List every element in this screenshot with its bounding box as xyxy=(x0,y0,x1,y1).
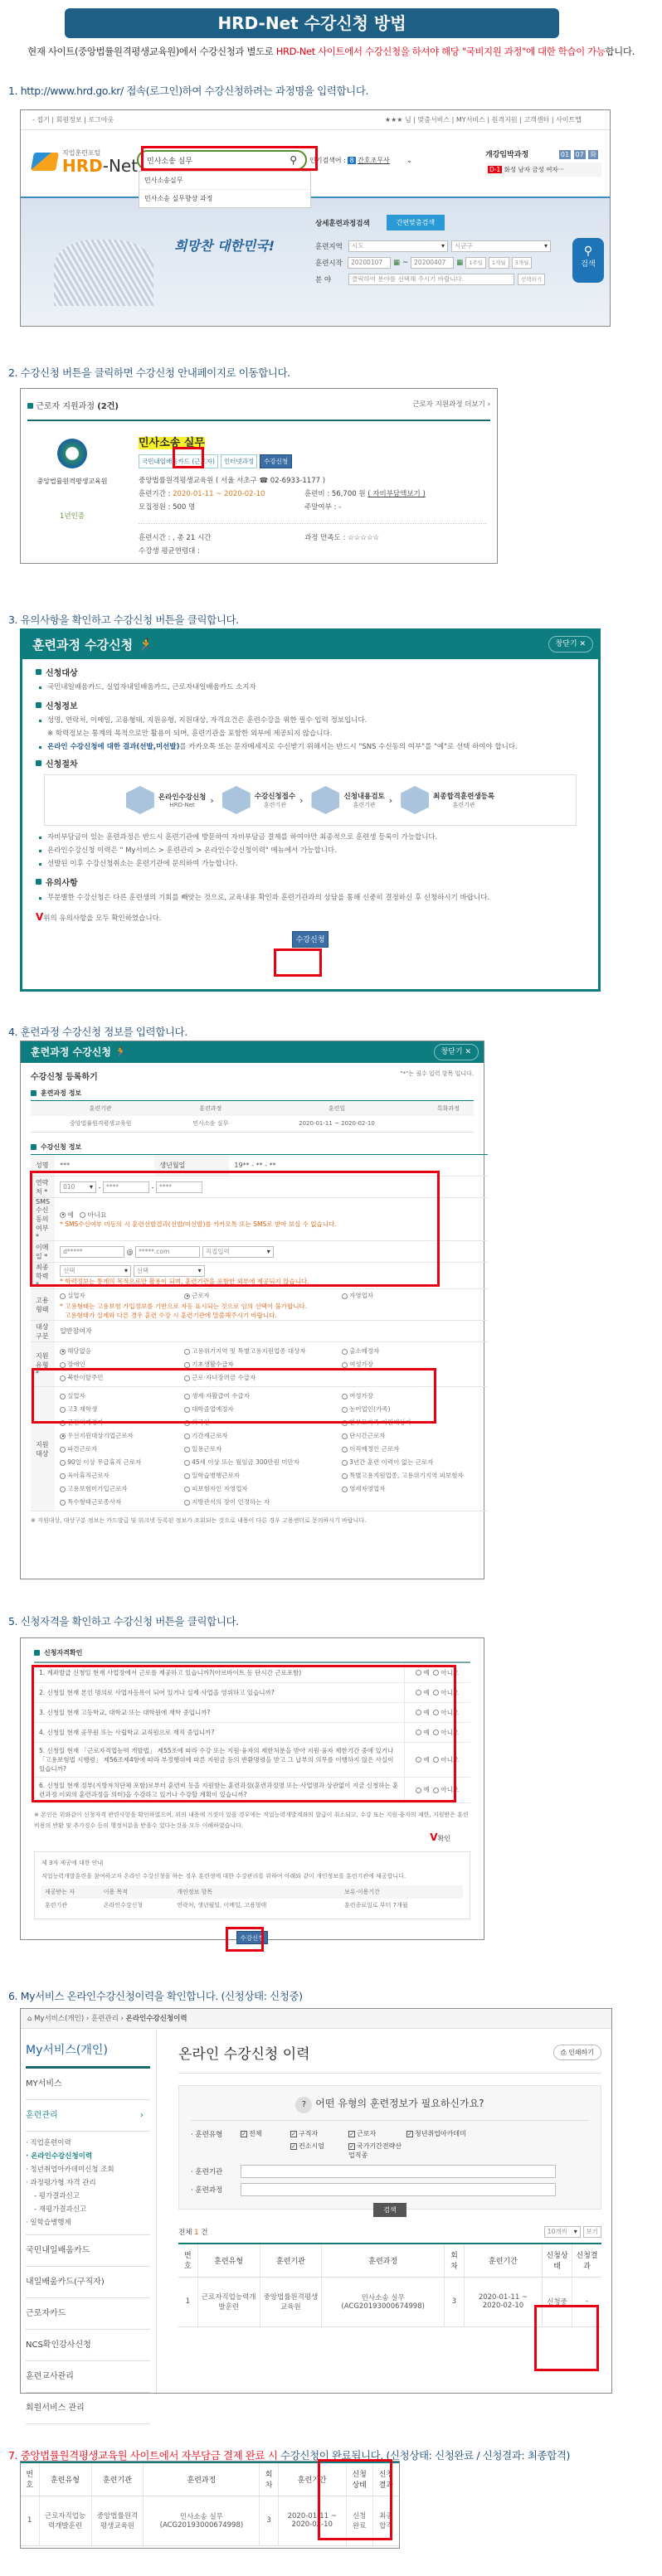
step-3-heading: 3. 유의사항을 확인하고 수강신청 버튼을 클릭합니다. xyxy=(8,612,239,627)
winter-banner: 희망찬 대한민국! 상세훈련과정검색 간편맞춤검색 훈련지역 시도 시군구 훈련… xyxy=(21,196,611,327)
no-radio[interactable]: 아니오 xyxy=(433,1729,459,1736)
support-target-radio[interactable]: 우선지원대상기업근로자 xyxy=(60,1431,184,1440)
remote-support-link[interactable]: 원격지원 xyxy=(492,116,518,124)
employment-radio[interactable]: 실업자 xyxy=(60,1291,184,1300)
top-right-links: ★★★ 님 | 맞춤서비스 | MY서비스 | 원격지원 | 고객센터 | 사이… xyxy=(385,115,582,124)
fold-link[interactable]: - 접기 xyxy=(32,116,50,124)
org-input[interactable] xyxy=(241,2165,556,2178)
support-target-radio[interactable]: 일학습병행근로자 xyxy=(184,1471,342,1480)
chevron-down-icon[interactable]: ⌄ xyxy=(406,157,412,164)
support-target-radio[interactable]: 고3 재학생 xyxy=(60,1404,184,1414)
support-type-radios: 해당없음고용위기지역 및 특별고용지원업종 대상자출소예정자장애인기초생활수급자… xyxy=(60,1342,483,1386)
field-select-button[interactable]: 선택하기 xyxy=(518,274,545,285)
employment-radios: 실업자근로자자영업자* 고용형태는 고용보험 가입정보를 기반으로 자동 표시되… xyxy=(55,1289,488,1321)
support-target-radio[interactable]: 특별고용지원업종, 고용위기지역 피보험자 xyxy=(342,1471,483,1480)
sms-yes-radio[interactable]: 예 xyxy=(60,1211,74,1219)
sidebar-subitem[interactable]: · 온라인수강신청이력 xyxy=(26,2150,150,2163)
support-type-radio[interactable]: 출소예정자 xyxy=(342,1346,483,1356)
support-type-radio[interactable]: 기초생활수급자 xyxy=(184,1360,342,1369)
no-radio[interactable]: 아니오 xyxy=(433,1786,459,1793)
member-info-link[interactable]: 회원정보 xyxy=(56,116,82,124)
support-target-radio[interactable]: 단시간근로자 xyxy=(342,1431,483,1440)
sidebar-subitem[interactable]: · 과정평가형 자격 관리 xyxy=(26,2176,150,2190)
type-checkbox[interactable]: ✓구직자 xyxy=(290,2129,348,2138)
sidebar-item-myservice[interactable]: MY서비스 xyxy=(26,2069,150,2100)
field-input[interactable]: 클릭하여 분야를 선택해 주시기 바랍니다. xyxy=(348,274,514,285)
qualification-table: 1. 계좌발급 신청일 현재 사업장에서 근로를 제공하고 있습니까?(아르바이… xyxy=(34,1662,470,1803)
support-target-radios: 실업자생계·자활급여 수급자여성가장고3 재학생대학졸업예정자농어업인(가족)군… xyxy=(60,1387,483,1511)
page-title: HRD-Net 수강신청 방법 xyxy=(65,8,559,38)
yes-radio[interactable]: 예 xyxy=(416,1669,429,1676)
sidebar-item[interactable]: 근로자카드 xyxy=(26,2298,150,2330)
sidebar: My서비스(개인) MY서비스 훈련관리› · 직업훈련이력· 온라인수강신청이… xyxy=(21,2030,157,2393)
custom-service-link[interactable]: 맞춤서비스 xyxy=(417,116,450,124)
yes-radio[interactable]: 예 xyxy=(416,1709,429,1716)
support-type-radio[interactable]: 근로·자녀장려금 수급자 xyxy=(184,1373,342,1382)
self-pay-link[interactable]: ( 자비부담액보기 ) xyxy=(368,490,426,498)
question-row: 2. 신청일 현재 본인 명의로 사업자등록이 되어 있거나 실제 사업을 영위… xyxy=(34,1682,470,1702)
sidebar-submenu: · 직업훈련이력· 온라인수강신청이력· 청년취업아카데미신청 조회· 과정평가… xyxy=(26,2132,150,2235)
more-courses-link[interactable]: 근로자 지원과정 더보기 › xyxy=(412,399,490,411)
support-target-radio[interactable]: 생계·자활급여 수급자 xyxy=(184,1391,342,1400)
my-service-screenshot: ⌂ My서비스(개인) › 훈련관리 › 온라인수강신청이력 My서비스(개인)… xyxy=(20,2008,612,2394)
upcoming-course-link[interactable]: 화성 남자 금성 여자··· xyxy=(504,166,564,173)
question-icon: ? xyxy=(295,2097,312,2113)
start-from-input[interactable]: 20200107 xyxy=(348,257,391,269)
section-title: 근로자 지원과정 (2건) xyxy=(27,399,119,411)
support-target-radio[interactable]: 45세 이상 또는 월임금 300만원 미만자 xyxy=(184,1458,342,1467)
logo-icon xyxy=(31,153,59,171)
hrd-logo[interactable]: 직업훈련포털 HRD-Net xyxy=(32,148,138,174)
online-apply-icon xyxy=(126,786,154,814)
search-suggestions: 민사소송실무 민사소송 실무향상 과정 xyxy=(139,171,311,208)
support-target-radio[interactable]: 90일 이상 무급휴직 근로자 xyxy=(60,1458,184,1467)
suggestion-item[interactable]: 민사소송 실무향상 과정 xyxy=(139,190,310,207)
search-button[interactable]: 검색 xyxy=(373,2203,406,2217)
email-domain-input[interactable]: *****.com xyxy=(135,1246,200,1258)
sidebar-item[interactable]: 훈련교사관리 xyxy=(26,2361,150,2393)
support-target-radio[interactable]: 기간제근로자 xyxy=(184,1431,342,1440)
final-history-table: 번호훈련유형훈련기관훈련과정회차훈련기간신청상태신청결과1근로자직업능력개발훈련… xyxy=(21,2462,399,2546)
email-domain-select[interactable]: 직접입력 xyxy=(202,1246,274,1258)
support-target-radio[interactable]: 이직예정인 근로자 xyxy=(342,1444,483,1453)
top-left-links: - 접기 | 회원정보 | 로그아웃 xyxy=(32,115,114,124)
yes-radio[interactable]: 예 xyxy=(416,1756,429,1763)
registration-icon xyxy=(401,786,429,814)
step-1-heading: 1. http://www.hrd.go.kr/ 접속(로그인)하여 수강신청하… xyxy=(8,83,368,98)
detail-search-panel: 상세훈련과정검색 간편맞춤검색 훈련지역 시도 시군구 훈련시작 2020010… xyxy=(315,215,581,285)
calendar-icon[interactable]: ▦ xyxy=(393,259,400,267)
customer-center-link[interactable]: 고객센터 xyxy=(523,116,549,124)
no-radio[interactable]: 아니오 xyxy=(433,1689,459,1696)
education-select[interactable]: 선택 xyxy=(60,1265,131,1277)
type-checkbox[interactable]: ✓청년취업아카데미 xyxy=(406,2129,489,2138)
region-sigungu-select[interactable]: 시군구 xyxy=(451,240,551,252)
course-link[interactable]: 민사소송 실무 (ACG20193000674998) xyxy=(144,2496,260,2545)
support-target-radio[interactable]: 3년간 훈련 이력이 없는 근로자 xyxy=(342,1458,483,1467)
banner-slogan: 희망찬 대한민국! xyxy=(174,235,275,255)
question-row: 1. 계좌발급 신청일 현재 사업장에서 근로를 제공하고 있습니까?(아르바이… xyxy=(34,1662,470,1682)
support-target-radio[interactable]: 대학졸업예정자 xyxy=(184,1404,342,1414)
apply-button[interactable]: 수강신청 xyxy=(292,931,329,948)
intro-text: 현재 사이트(중앙법률원격평생교육원)에서 수강신청과 별도로 HRD-Net … xyxy=(0,45,662,58)
support-target-radio[interactable]: 군전역예정자 xyxy=(60,1418,184,1427)
support-target-radio[interactable]: 지방관서의 장이 인정하는 자 xyxy=(184,1497,342,1506)
period-1month-button[interactable]: 1개월 xyxy=(489,257,509,269)
history-table: 번호훈련유형훈련기관훈련과정회차훈련기간신청상태신청결과1근로자직업능력개발훈련… xyxy=(178,2243,601,2327)
course-link[interactable]: 민사소송 실무 (ACG20193000674998) xyxy=(322,2277,445,2326)
sms-no-radio[interactable]: 아니요 xyxy=(80,1211,106,1219)
sitemap-link[interactable]: 사이트맵 xyxy=(556,116,582,124)
support-target-radio[interactable]: 파견근로자 xyxy=(60,1444,184,1453)
support-type-radio[interactable]: 여성가장 xyxy=(342,1360,483,1369)
breadcrumb: ⌂ My서비스(개인) › 훈련관리 › 온라인수강신청이력 xyxy=(21,2009,611,2029)
support-type-radio[interactable]: 장애인 xyxy=(60,1360,184,1369)
third-party-notice: 제 3자 제공에 대한 안내 직업능력개발훈련을 참여하고자 온라인 수강신청을… xyxy=(34,1851,470,1919)
step-6-heading: 6. My서비스 온라인수강신청이력을 확인합니다. (신청상태: 신청중) xyxy=(8,1988,303,2003)
type-checkbox[interactable]: ✓컨소시엄 xyxy=(290,2142,348,2160)
apply-form-screenshot: 훈련과정 수강신청 🏃창닫기 ✕ 수강신청 등록하기"*"는 필수 입력 항목 … xyxy=(20,1041,484,1579)
confirm-checkbox[interactable]: V위의 유의사항을 모두 확인하였습니다. xyxy=(36,911,585,923)
notice-header: 훈련과정 수강신청 🏃창닫기 ✕ xyxy=(22,631,598,659)
support-target-radio[interactable]: 육아휴직근로자 xyxy=(60,1471,184,1480)
no-radio[interactable]: 아니오 xyxy=(433,1669,459,1676)
support-target-radio[interactable]: 한부모가족 지원대상자 xyxy=(342,1418,483,1427)
start-to-input[interactable]: 20200407 xyxy=(411,257,454,269)
question-row: 6. 신청일 현재 정부(지방자치단체 포함)로부터 훈련비 등을 지원받는 훈… xyxy=(34,1777,470,1802)
popular-term-link[interactable]: 간호조무사 xyxy=(358,157,390,164)
close-button[interactable]: 창닫기 ✕ xyxy=(548,636,593,652)
sidebar-subitem[interactable]: · 일학습병행제 xyxy=(26,2216,150,2229)
course-search-input[interactable]: 민사소송 실무 ⚲ xyxy=(137,150,307,170)
sidebar-subitem[interactable]: · 청년취업아카데미신청 조회 xyxy=(26,2163,150,2176)
period-1week-button[interactable]: 1주일 xyxy=(465,257,486,269)
education-status-select[interactable]: 선택 xyxy=(134,1265,205,1277)
support-target-radio[interactable]: 일용근로자 xyxy=(184,1444,342,1453)
step-2-heading: 2. 수강신청 버튼을 클릭하면 수강신청 안내페이지로 이동합니다. xyxy=(8,365,290,380)
step-5-heading: 5. 신청자격을 확인하고 수강신청 버튼을 클릭합니다. xyxy=(8,1613,239,1628)
confirm-checkbox[interactable]: V확인 xyxy=(34,1831,450,1843)
support-target-radio[interactable]: 피보험자인 자영업자 xyxy=(184,1484,342,1493)
search-icon: ⚲ xyxy=(572,245,604,258)
support-type-radio[interactable]: 해당없음 xyxy=(60,1346,184,1356)
tree-illustration xyxy=(54,240,153,306)
sidebar-item[interactable]: 내일배움카드(구직자) xyxy=(26,2267,150,2298)
support-target-radio[interactable]: 외국인 xyxy=(184,1418,342,1427)
hrd-home-screenshot: - 접기 | 회원정보 | 로그아웃 ★★★ 님 | 맞춤서비스 | MY서비스… xyxy=(20,109,611,327)
type-checkbox[interactable]: ✓근로자 xyxy=(348,2129,406,2138)
org-emblem-icon xyxy=(57,439,87,468)
support-target-radio[interactable]: 고용보험미가입근로자 xyxy=(60,1484,184,1493)
support-target-radio[interactable]: 영세자영업자 xyxy=(342,1484,483,1493)
support-target-radio[interactable]: 실업자 xyxy=(60,1391,184,1400)
close-button[interactable]: 창닫기 ✕ xyxy=(434,1044,479,1060)
view-button[interactable]: 보기 xyxy=(583,2226,602,2238)
receipt-icon xyxy=(222,786,251,814)
type-checkbox[interactable]: ✓국가기간전략산업직종 xyxy=(348,2142,406,2160)
support-type-radio[interactable]: 북한이탈주민 xyxy=(60,1373,184,1382)
phone-prefix-select[interactable]: 010 xyxy=(60,1181,96,1193)
sidebar-item[interactable]: NCS확인강사신청 xyxy=(26,2330,150,2361)
no-radio[interactable]: 아니오 xyxy=(433,1709,459,1716)
support-target-radio[interactable]: 특수형태근로종사자 xyxy=(60,1497,184,1506)
upcoming-courses: 개강임박과정 01 07 화 D-1 화성 남자 금성 여자··· xyxy=(485,148,610,177)
sidebar-item-training[interactable]: 훈련관리› xyxy=(26,2100,150,2132)
review-icon xyxy=(311,786,339,814)
sidebar-subitem[interactable]: - 재평가결과신고 xyxy=(26,2203,150,2216)
total-count: 전체 1 건 xyxy=(178,2227,207,2237)
suggestion-item[interactable]: 민사소송실무 xyxy=(139,172,310,190)
employment-radio[interactable]: 자영업자 xyxy=(342,1291,483,1300)
sidebar-subitem[interactable]: - 평가결과신고 xyxy=(26,2190,150,2203)
search-filter-panel: ? 어떤 유형의 훈련정보가 필요하신가요? · 훈련유형 ✓전체✓구직자✓근로… xyxy=(178,2085,601,2210)
apply-button[interactable]: 수강신청 xyxy=(260,454,292,468)
sidebar-item[interactable]: 국민내일배움카드 xyxy=(26,2235,150,2267)
logout-link[interactable]: 로그아웃 xyxy=(88,116,114,124)
course-info-table: 훈련기관훈련과정훈련일특화과정 중앙법률원격평생교육원민사소송 실무2020-0… xyxy=(31,1100,474,1133)
quick-search-button[interactable]: 간편맞춤검색 xyxy=(387,215,445,230)
yes-radio[interactable]: 예 xyxy=(416,1689,429,1696)
org-logo: 중앙법률원격평생교육원 1년인증 xyxy=(31,439,114,521)
applicant-info-table: 성명***생년월일19** - ** - ** 연락처 *010 - **** … xyxy=(31,1154,488,1511)
table-row: 1근로자직업능력개발훈련중앙법률원격평생교육원민사소송 실무 (ACG20193… xyxy=(21,2496,399,2545)
period-3month-button[interactable]: 3개월 xyxy=(512,257,533,269)
final-status-screenshot: 번호훈련유형훈련기관훈련과정회차훈련기간신청상태신청결과1근로자직업능력개발훈련… xyxy=(20,2461,400,2549)
question-row: 3. 신청일 현재 고등학교, 대학교 또는 대학원에 재학 중입니까?예 아니… xyxy=(34,1702,470,1722)
home-icon[interactable]: ⌂ xyxy=(27,2015,32,2023)
sidebar-item[interactable]: 회원서비스 관리 xyxy=(26,2393,150,2424)
course-title-link[interactable]: 민사소송 실무 xyxy=(139,437,205,449)
qualification-screenshot: 신청자격확인 1. 계좌발급 신청일 현재 사업장에서 근로를 제공하고 있습니… xyxy=(20,1637,484,1940)
search-icon[interactable]: ⚲ xyxy=(290,154,297,166)
sidebar-subitem[interactable]: · 직업훈련이력 xyxy=(26,2137,150,2150)
no-radio[interactable]: 아니오 xyxy=(433,1756,459,1763)
question-row: 5. 신청일 현재 「근로자직업능력 개발법」 제55조에 따라 수강 또는 지… xyxy=(34,1742,470,1777)
yes-radio[interactable]: 예 xyxy=(416,1729,429,1736)
per-page-select[interactable]: 10개씩 xyxy=(544,2226,581,2238)
course-list-screenshot: 근로자 지원과정 (2건) 근로자 지원과정 더보기 › 중앙법률원격평생교육원… xyxy=(20,388,498,564)
print-button[interactable]: ⎙ 인쇄하기 xyxy=(553,2045,601,2060)
search-button[interactable]: ⚲ 검색 xyxy=(572,238,604,283)
support-type-radio[interactable]: 고용위기지역 및 특별고용지원업종 대상자 xyxy=(184,1346,342,1356)
phone-last-input[interactable]: **** xyxy=(156,1181,202,1193)
step-4-heading: 4. 훈련과정 수강신청 정보를 입력합니다. xyxy=(8,1024,187,1039)
yes-radio[interactable]: 예 xyxy=(416,1786,429,1793)
support-target-radio[interactable]: 여성가장 xyxy=(342,1391,483,1400)
apply-notice-screenshot: 훈련과정 수강신청 🏃창닫기 ✕ 신청대상 국민내일배움카드, 실업자내일배움카… xyxy=(20,628,601,992)
table-row: 1근로자직업능력개발훈련중앙법률원격평생교육원민사소송 실무 (ACG20193… xyxy=(178,2277,601,2326)
course-input[interactable] xyxy=(241,2183,556,2196)
printer-icon: ⎙ xyxy=(561,2049,566,2056)
email-id-input[interactable]: d***** xyxy=(60,1246,124,1258)
question-row: 4. 신청일 현재 공무원 또는 사립학교 교직원으로 재직 중입니까?예 아니… xyxy=(34,1722,470,1742)
my-service-link[interactable]: MY서비스 xyxy=(456,116,485,124)
popular-keyword: 인기검색어 : 8 간호조무사 ⌄ xyxy=(309,156,412,165)
procedure-flow: 온라인수강신청HRD-Net› 수강신청접수훈련기관› 신청내용검토훈련기관› … xyxy=(44,774,577,826)
support-target-radio[interactable]: 농어업인(가족) xyxy=(342,1404,483,1414)
course-detail: 민사소송 실무 국민내일배움카드 (근로자) 인터넷과정 수강신청 중앙법률원격… xyxy=(139,434,487,555)
apply-button[interactable]: 수강신청 xyxy=(236,1931,268,1944)
region-sido-select[interactable]: 시도 xyxy=(348,240,448,252)
employment-radio[interactable]: 근로자 xyxy=(184,1291,342,1300)
phone-middle-input[interactable]: **** xyxy=(103,1181,149,1193)
main-content: 온라인 수강신청 이력 ⎙ 인쇄하기 ? 어떤 유형의 훈련정보가 필요하신가요… xyxy=(178,2042,601,2327)
type-checkbox[interactable]: ✓전체 xyxy=(241,2129,290,2138)
calendar-icon[interactable]: ▦ xyxy=(456,259,463,267)
